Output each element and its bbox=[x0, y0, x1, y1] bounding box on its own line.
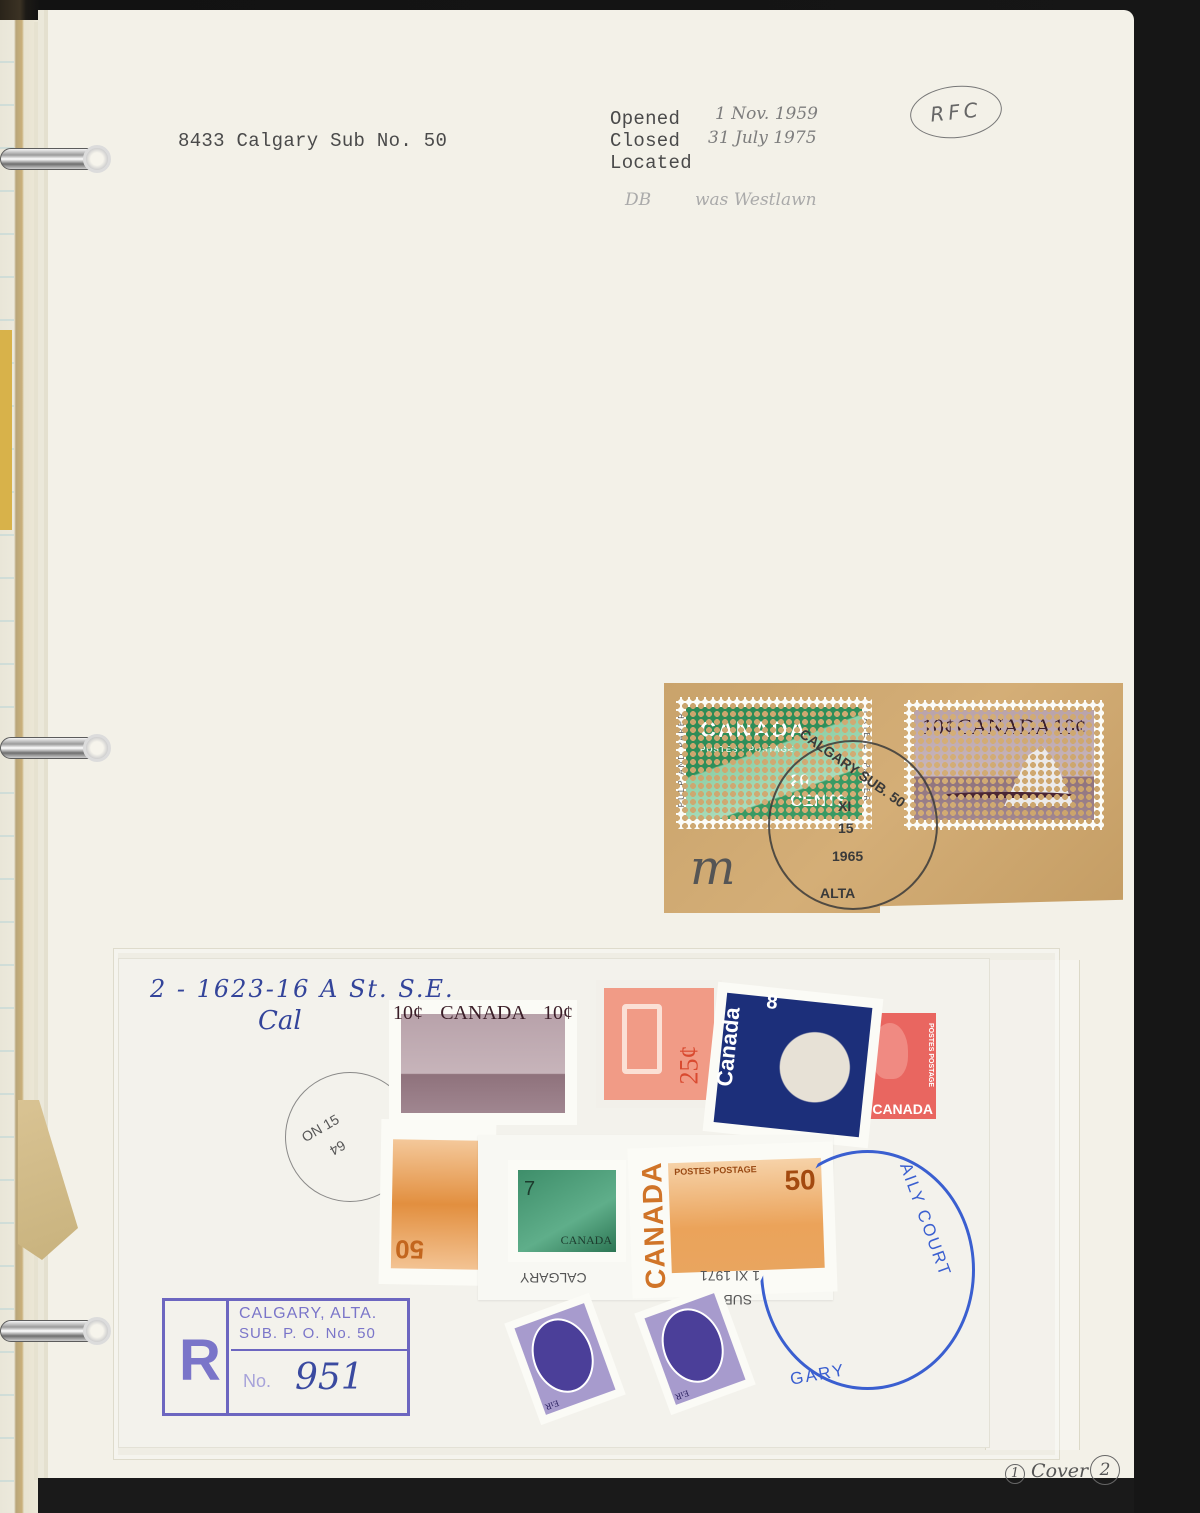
cover-stamp-kayak: 10¢ CANADA 10¢ bbox=[389, 1000, 577, 1125]
postmark-province: ALTA bbox=[820, 885, 855, 901]
cover-stamp-7c: 7 CANADA bbox=[508, 1160, 626, 1262]
pencil-scribble: m bbox=[690, 840, 736, 896]
stamp-value-left: 10¢ bbox=[922, 714, 955, 740]
binder-bottom bbox=[38, 1478, 1134, 1513]
cover-stamp-christmas: Canada 8 bbox=[703, 982, 884, 1149]
stamp-value-right: 10¢ bbox=[1053, 714, 1086, 740]
cover-postmark-center-city: CALGARY bbox=[520, 1270, 587, 1286]
page-title: 8433 Calgary Sub No. 50 bbox=[178, 130, 447, 152]
postmark-line2: XI bbox=[838, 798, 851, 814]
registration-letter: R bbox=[179, 1327, 221, 1394]
registration-office-line1: CALGARY, ALTA. bbox=[239, 1305, 377, 1323]
stamp-subtitle: POSTES - POSTAGE bbox=[700, 745, 794, 754]
stamp-value: 10¢ bbox=[393, 1002, 423, 1025]
stamp-country: CANADA bbox=[636, 1161, 672, 1289]
cover-postmark-center-date: 1 XI 1971 bbox=[700, 1268, 760, 1284]
closed-label: Closed bbox=[610, 130, 680, 152]
binder-ring-middle bbox=[0, 737, 100, 759]
registration-divider bbox=[231, 1349, 407, 1351]
postmark-year: 1965 bbox=[832, 848, 863, 864]
stamp-value: 50 bbox=[395, 1233, 424, 1265]
mount-sleeve bbox=[985, 960, 1080, 1450]
footnote-cover-count: 1 Cover bbox=[1005, 1460, 1088, 1484]
opened-label: Opened bbox=[610, 108, 680, 130]
page-number: 2 bbox=[1090, 1455, 1120, 1485]
stamp-subtitle: POSTES POSTAGE bbox=[927, 1023, 934, 1087]
stamp-value: 10¢ bbox=[543, 1002, 573, 1025]
stamp-country: CANADA bbox=[700, 717, 807, 743]
opened-date: 1 Nov. 1959 bbox=[715, 104, 818, 124]
rfc-text: RFC bbox=[929, 97, 983, 126]
stamp-country: CANADA bbox=[866, 1101, 936, 1117]
cover-address-line2: Cal bbox=[258, 1006, 302, 1036]
footnote-label: Cover bbox=[1031, 1460, 1088, 1482]
stamp-value: 25¢ bbox=[675, 1046, 705, 1085]
stamp-side-text-left: PULP AND PAPER bbox=[677, 711, 686, 807]
stamp-country: CANADA bbox=[440, 1002, 526, 1025]
yellow-index-tab bbox=[0, 330, 12, 530]
page-number-circle: 2 bbox=[1090, 1455, 1120, 1485]
count-circle: 1 bbox=[1005, 1464, 1025, 1484]
closed-date: 31 July 1975 bbox=[708, 128, 817, 148]
registration-number: 951 bbox=[295, 1357, 364, 1398]
located-note: was Westlawn bbox=[695, 190, 817, 210]
binder-ring-top bbox=[0, 148, 100, 170]
cover-address-line1: 2 - 1623-16 A St. S.E. bbox=[150, 975, 455, 1003]
registration-office-line2: SUB. P. O. No. 50 bbox=[239, 1325, 376, 1342]
kayak-illustration bbox=[944, 792, 1074, 798]
registration-no-label: No. bbox=[243, 1371, 271, 1392]
cover-stamp-25c: 25¢ bbox=[596, 980, 722, 1108]
postmark-line3: 15 bbox=[838, 820, 854, 836]
binder-ring-bottom bbox=[0, 1320, 100, 1342]
stamp-value: 8 bbox=[765, 991, 778, 1015]
stamp-title-row: 10¢ CANADA 10¢ bbox=[393, 1002, 573, 1025]
located-label: Located bbox=[610, 152, 692, 174]
stamp-value: 7 bbox=[524, 1178, 535, 1201]
stamp-country: CANADA bbox=[957, 714, 1051, 740]
located-db-note: DB bbox=[625, 190, 651, 210]
registration-label: R CALGARY, ALTA. SUB. P. O. No. 50 No. 9… bbox=[162, 1298, 410, 1416]
stamp-country: CANADA bbox=[561, 1233, 612, 1248]
stamp-title-row: 10¢ CANADA 10¢ bbox=[922, 714, 1086, 740]
